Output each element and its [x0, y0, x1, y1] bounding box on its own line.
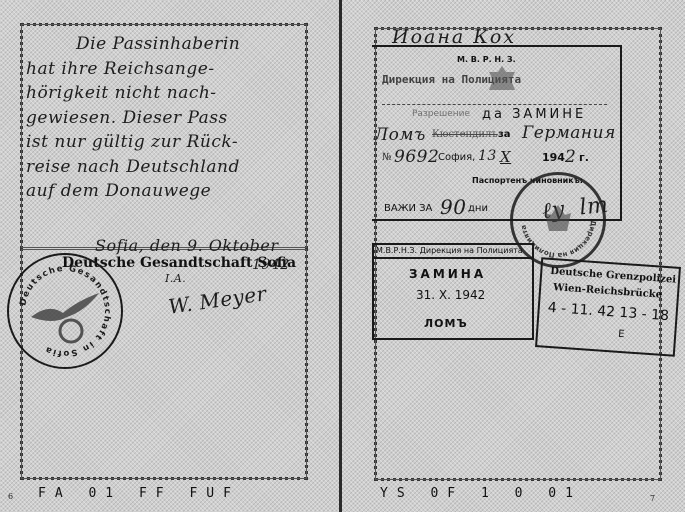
note-line: auf dem Donauwege	[26, 179, 240, 204]
departure-title: ЗАМИНА	[409, 267, 486, 281]
divider	[382, 104, 607, 105]
left-page: Die Passinhaberin hat ihre Reichsange- h…	[0, 0, 340, 512]
departure-date: 31. X. 1942	[416, 288, 485, 302]
page-number: 6	[8, 492, 13, 501]
note-line: hat ihre Reichsange-	[26, 57, 240, 82]
year-unit: г.	[579, 151, 589, 164]
valid-days: 90	[440, 195, 466, 219]
initials: I.A.	[165, 272, 186, 285]
note-line: hörigkeit nicht nach-	[26, 81, 240, 106]
departure-place: ЛОМЪ	[424, 317, 468, 330]
departure-header: М.В.Р.Н.З. Дирекция на Полицията	[376, 246, 523, 255]
handwritten-note: Die Passinhaberin hat ihre Reichsange- h…	[26, 32, 240, 204]
border-stamp-line2: Wien-Reichsbrücke	[553, 282, 663, 301]
year-suffix: 2	[565, 147, 576, 167]
via-struck: Кюстендилъ	[432, 129, 498, 140]
border-police-stamp: Deutsche Grenzpolizei Wien-Reichsbrücke …	[535, 257, 681, 357]
note-line: gewiesen. Dieser Pass	[26, 106, 240, 131]
border-stamp-datetime: 4 - 11. 42 13 - 18	[547, 300, 669, 324]
valid-unit: дни	[468, 203, 488, 214]
date-month: X	[500, 148, 511, 166]
visa-number: 9692	[394, 147, 439, 167]
via-handwritten: Ломъ	[374, 125, 426, 145]
coat-of-arms-icon	[485, 64, 519, 94]
valid-label: ВАЖИ ЗА	[384, 203, 432, 214]
eagle-emblem-icon: Deutsche Gesandtschaft in Sofia	[9, 255, 121, 367]
year-prefix: 194	[542, 151, 565, 164]
perforation-number: YS 0F 1 0 01	[380, 486, 582, 501]
note-line: reise nach Deutschland	[26, 155, 240, 180]
place-date: Sofia, den 9. Oktober	[95, 236, 279, 255]
number-label: №	[382, 152, 391, 163]
date-day: 13	[478, 148, 497, 164]
note-line: ist nur gültig zur Rück-	[26, 130, 240, 155]
departure-stamp: М.В.Р.Н.З. Дирекция на Полицията ЗАМИНА …	[372, 243, 534, 340]
destination-handwritten: Германия	[522, 123, 616, 143]
city-label: София,	[438, 152, 475, 163]
embassy-round-seal: Deutsche Gesandtschaft in Sofia	[7, 253, 123, 369]
visa-title-prefix: Разрешение	[412, 109, 470, 119]
perforation-number: FA 01 FF FUF	[38, 486, 240, 501]
page-number: 7	[650, 494, 655, 503]
visa-title: да ЗАМИНЕ	[482, 107, 586, 122]
svg-text:Deutsche Gesandtschaft in Sofi: Deutsche Gesandtschaft in Sofia	[18, 264, 112, 358]
note-line: Die Passinhaberin	[26, 32, 240, 57]
for-label: за	[498, 129, 511, 140]
right-page: Иоана Кох М. В. Р. Н. З. Дирекция на Пол…	[342, 0, 685, 512]
visa-header: М. В. Р. Н. З.	[457, 55, 516, 64]
border-stamp-code: E	[618, 329, 625, 340]
